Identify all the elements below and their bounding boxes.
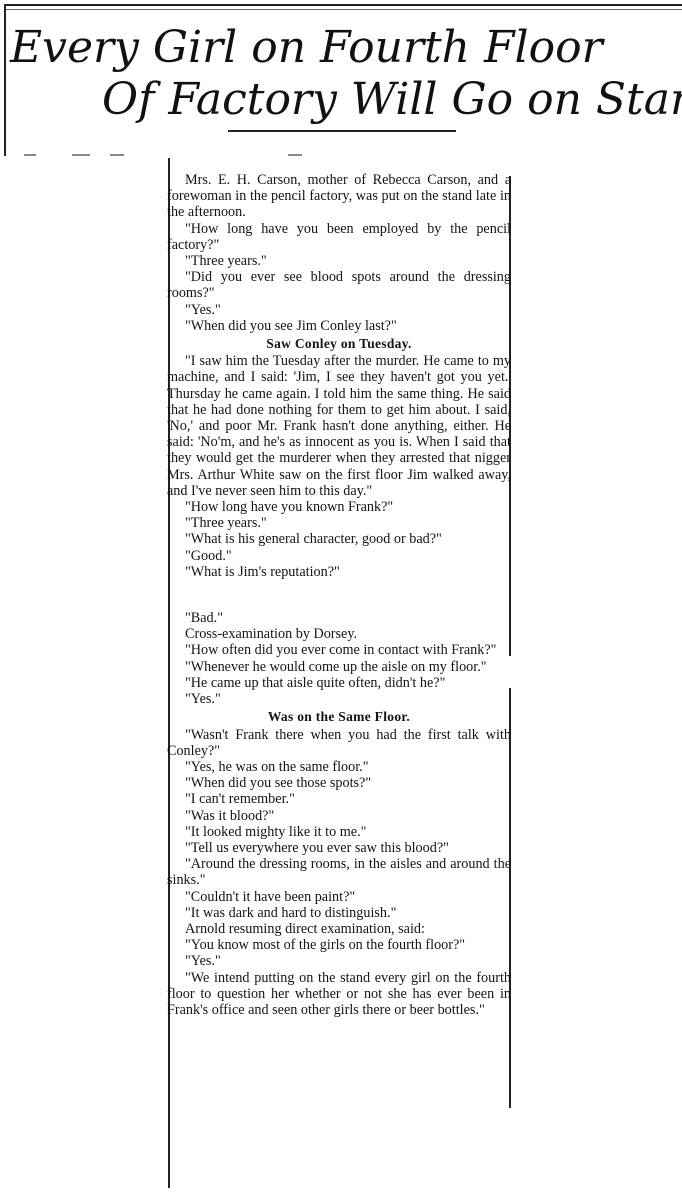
paragraph: "Wasn't Frank there when you had the fir… [167,727,511,759]
paragraph: "Did you ever see blood spots around the… [167,269,511,301]
paragraph: "I saw him the Tuesday after the murder.… [167,353,511,499]
paragraph: "Three years." [167,515,511,531]
paragraph: "Yes." [167,691,511,707]
paragraph: "What is his general character, good or … [167,531,511,547]
subheading: Was on the Same Floor. [167,709,511,725]
paragraph: "We intend putting on the stand every gi… [167,970,511,1019]
paragraph: "You know most of the girls on the fourt… [167,937,511,953]
paragraph: "It looked mighty like it to me." [167,824,511,840]
paragraph: Mrs. E. H. Carson, mother of Rebecca Car… [167,172,511,221]
paragraph: "What is Jim's reputation?" [167,564,511,580]
headline-line-2: Of Factory Will Go on Stand [102,74,682,125]
paragraph: Arnold resuming direct examination, said… [167,921,511,937]
top-double-rule [6,4,682,6]
headline-divider [228,130,456,132]
faded-rule-fragment [110,154,124,156]
headline-left-border [4,4,6,156]
paragraph: "It was dark and hard to distinguish." [167,905,511,921]
paragraph: "He came up that aisle quite often, didn… [167,675,511,691]
paragraph: "Bad." [167,610,511,626]
paragraph: "Whenever he would come up the aisle on … [167,659,511,675]
paragraph: "Yes." [167,953,511,969]
top-thin-rule [6,9,682,10]
headline-line-1: Every Girl on Fourth Floor [10,22,603,73]
paragraph: "When did you see those spots?" [167,775,511,791]
faded-rule-fragment [288,154,302,156]
paragraph: Cross-examination by Dorsey. [167,626,511,642]
paragraph: "How long have you known Frank?" [167,499,511,515]
faded-rule-fragment [72,154,90,156]
paragraph: "How often did you ever come in contact … [167,642,511,658]
subheading: Saw Conley on Tuesday. [167,336,511,352]
paragraph: "Good." [167,548,511,564]
paragraph: "Three years." [167,253,511,269]
paragraph: "How long have you been employed by the … [167,221,511,253]
paragraph: "Was it blood?" [167,808,511,824]
paragraph: "Yes, he was on the same floor." [167,759,511,775]
column-break-gap [167,580,511,610]
paragraph: "Yes." [167,302,511,318]
article-column: Mrs. E. H. Carson, mother of Rebecca Car… [167,172,511,1018]
paragraph: "Around the dressing rooms, in the aisle… [167,856,511,888]
paragraph: "When did you see Jim Conley last?" [167,318,511,334]
paragraph: "I can't remember." [167,791,511,807]
paragraph: "Couldn't it have been paint?" [167,889,511,905]
paragraph: "Tell us everywhere you ever saw this bl… [167,840,511,856]
faded-rule-fragment [24,154,36,156]
